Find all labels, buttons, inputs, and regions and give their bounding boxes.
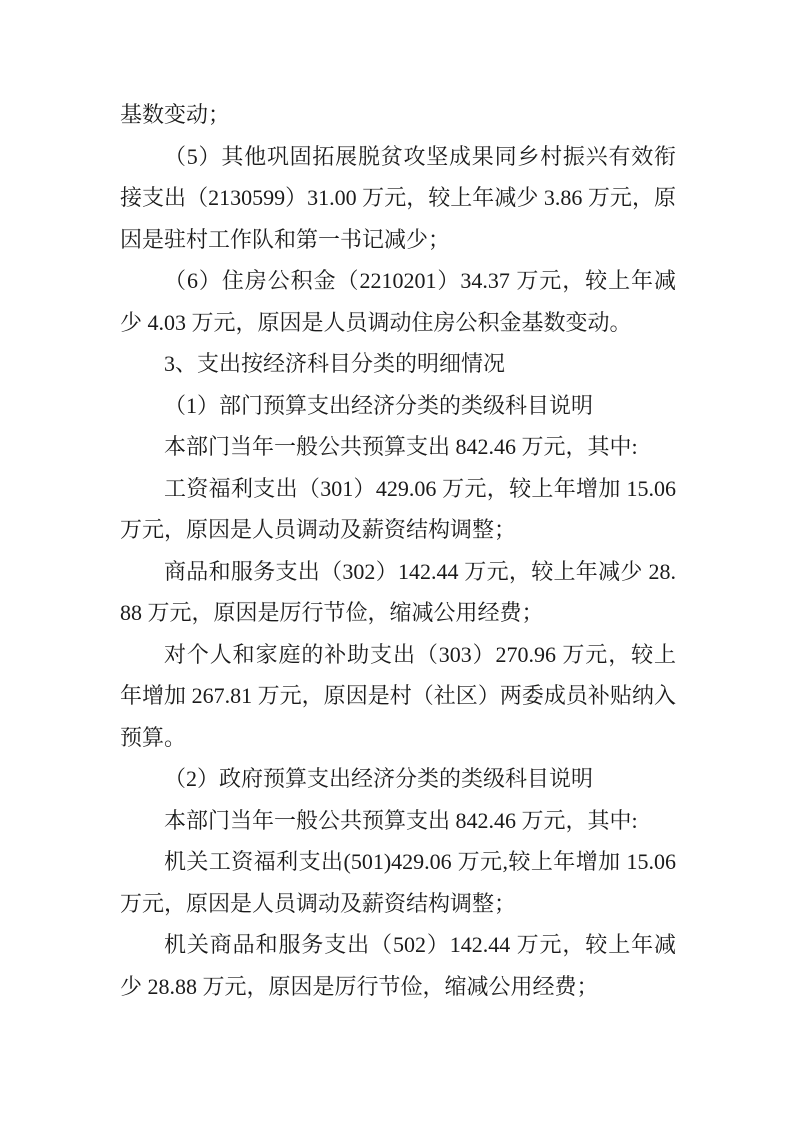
- paragraph-subsection-2-heading: （2）政府预算支出经济分类的类级科目说明: [120, 758, 676, 800]
- paragraph-individual-subsidy-303: 对个人和家庭的补助支出（303）270.96 万元，较上年增加 267.81 万…: [120, 634, 676, 759]
- paragraph-agency-goods-502: 机关商品和服务支出（502）142.44 万元，较上年减少 28.88 万元，原…: [120, 924, 676, 1007]
- paragraph-item-5: （5）其他巩固拓展脱贫攻坚成果同乡村振兴有效衔接支出（2130599）31.00…: [120, 136, 676, 261]
- document-page: 基数变动； （5）其他巩固拓展脱贫攻坚成果同乡村振兴有效衔接支出（2130599…: [0, 0, 793, 1122]
- paragraph-budget-total: 本部门当年一般公共预算支出 842.46 万元，其中:: [120, 426, 676, 468]
- paragraph-wage-expense-301: 工资福利支出（301）429.06 万元，较上年增加 15.06 万元，原因是人…: [120, 468, 676, 551]
- paragraph-budget-total-2: 本部门当年一般公共预算支出 842.46 万元，其中:: [120, 800, 676, 842]
- paragraph-item-6: （6）住房公积金（2210201）34.37 万元，较上年减少 4.03 万元，…: [120, 260, 676, 343]
- paragraph-goods-services-302: 商品和服务支出（302）142.44 万元，较上年减少 28.88 万元，原因是…: [120, 551, 676, 634]
- paragraph-section-3-heading: 3、支出按经济科目分类的明细情况: [120, 343, 676, 385]
- paragraph-agency-wage-501: 机关工资福利支出(501)429.06 万元,较上年增加 15.06 万元，原因…: [120, 841, 676, 924]
- paragraph-continuation: 基数变动；: [120, 94, 676, 136]
- paragraph-subsection-1-heading: （1）部门预算支出经济分类的类级科目说明: [120, 385, 676, 427]
